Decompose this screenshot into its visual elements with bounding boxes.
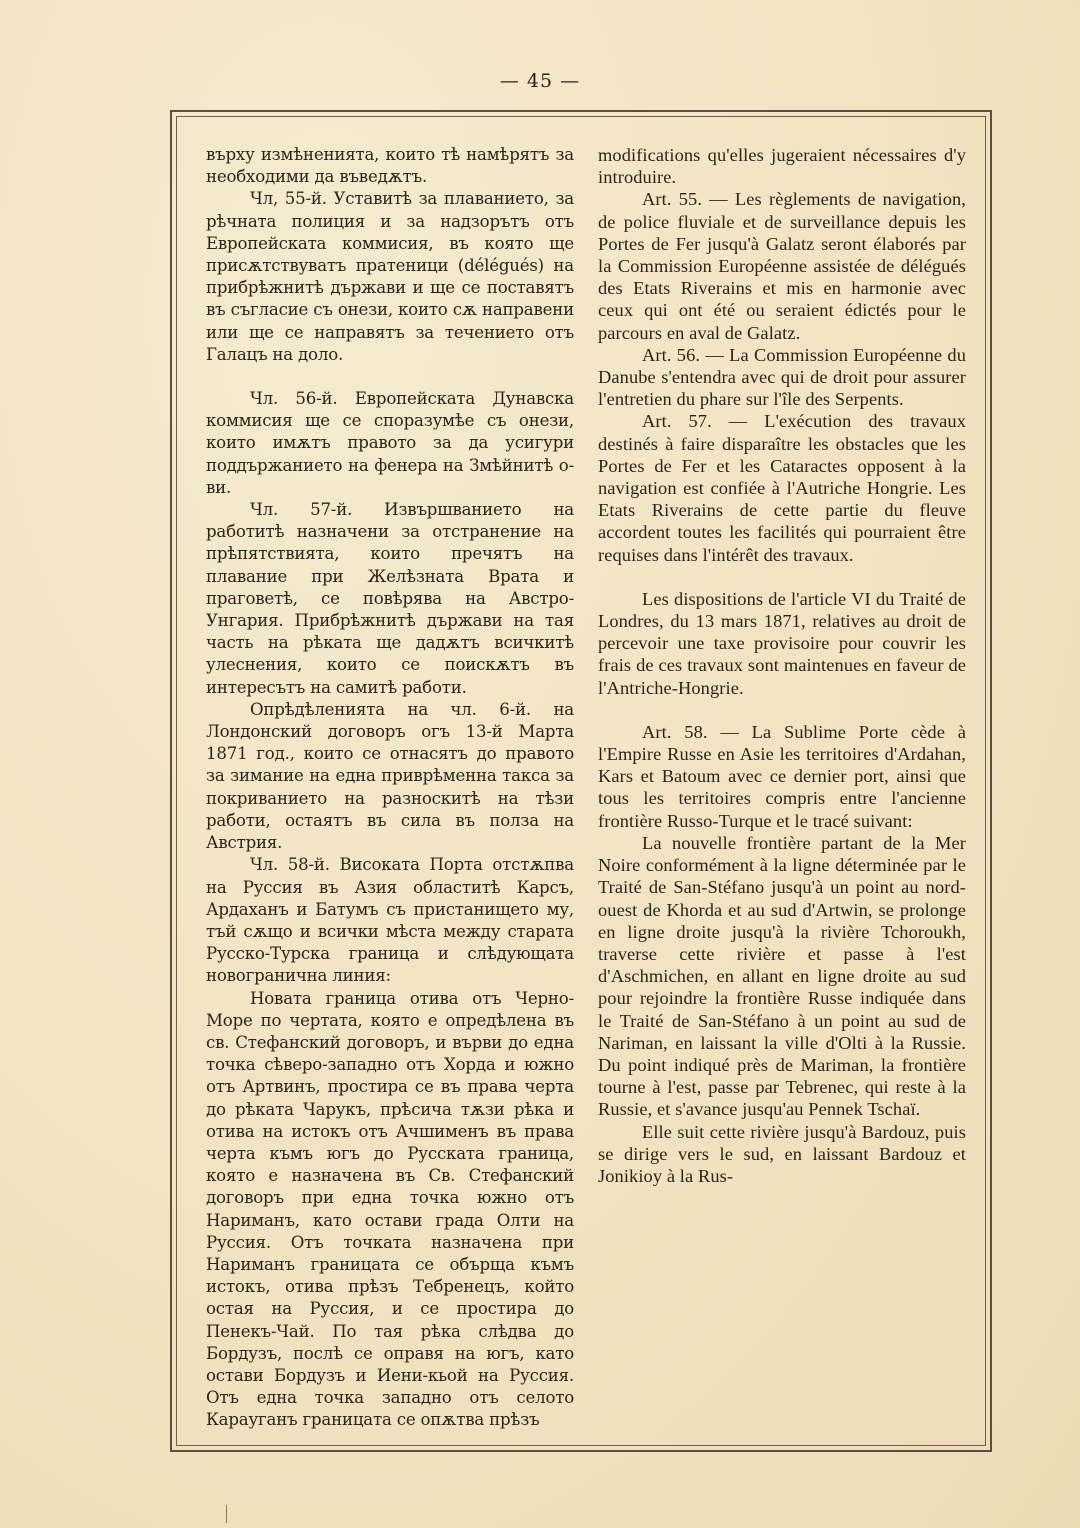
paragraph: върху измѣненията, които тѣ намѣрятъ за … <box>206 144 574 188</box>
paragraph-article-55: Art. 55. — Les règlements de navigation,… <box>598 188 966 343</box>
paragraph-london-treaty: Опрѣдѣленията на чл. 6-й. на Лондонский … <box>206 699 574 854</box>
paragraph-article-57: Чл. 57-й. Извършванието на работитѣ назн… <box>206 499 574 699</box>
paragraph: modifications qu'elles jugeraient nécess… <box>598 144 966 188</box>
paragraph-border-continued: Elle suit cette rivière jusqu'à Bardouz,… <box>598 1121 966 1188</box>
scan-artifact-mark <box>226 1505 227 1523</box>
paragraph-article-58: Чл. 58-й. Високата Порта отстѫпва на Рус… <box>206 854 574 987</box>
paragraph-article-58: Art. 58. — La Sublime Porte cède à l'Emp… <box>598 721 966 832</box>
paragraph-article-57: Art. 57. — L'exécution des travaux desti… <box>598 410 966 565</box>
right-column-french: modifications qu'elles jugeraient nécess… <box>598 144 966 1432</box>
paragraph-article-55: Чл, 55-й. Уставитѣ за плаванието, за рѣч… <box>206 188 574 366</box>
two-column-text-body: върху измѣненията, които тѣ намѣрятъ за … <box>206 144 966 1432</box>
page-number: — 45 — <box>0 70 1080 92</box>
paragraph-new-border: La nouvelle frontière partant de la Mer … <box>598 832 966 1121</box>
paragraph-article-56: Art. 56. — La Commission Européenne du D… <box>598 344 966 411</box>
paragraph-london-treaty: Les dispositions de l'article VI du Trai… <box>598 588 966 699</box>
paragraph-article-56: Чл. 56-й. Европейската Дунавска коммисия… <box>206 388 574 499</box>
left-column-bulgarian: върху измѣненията, които тѣ намѣрятъ за … <box>206 144 574 1432</box>
paragraph-new-border: Новата граница отива отъ Черно-Море по ч… <box>206 988 574 1432</box>
